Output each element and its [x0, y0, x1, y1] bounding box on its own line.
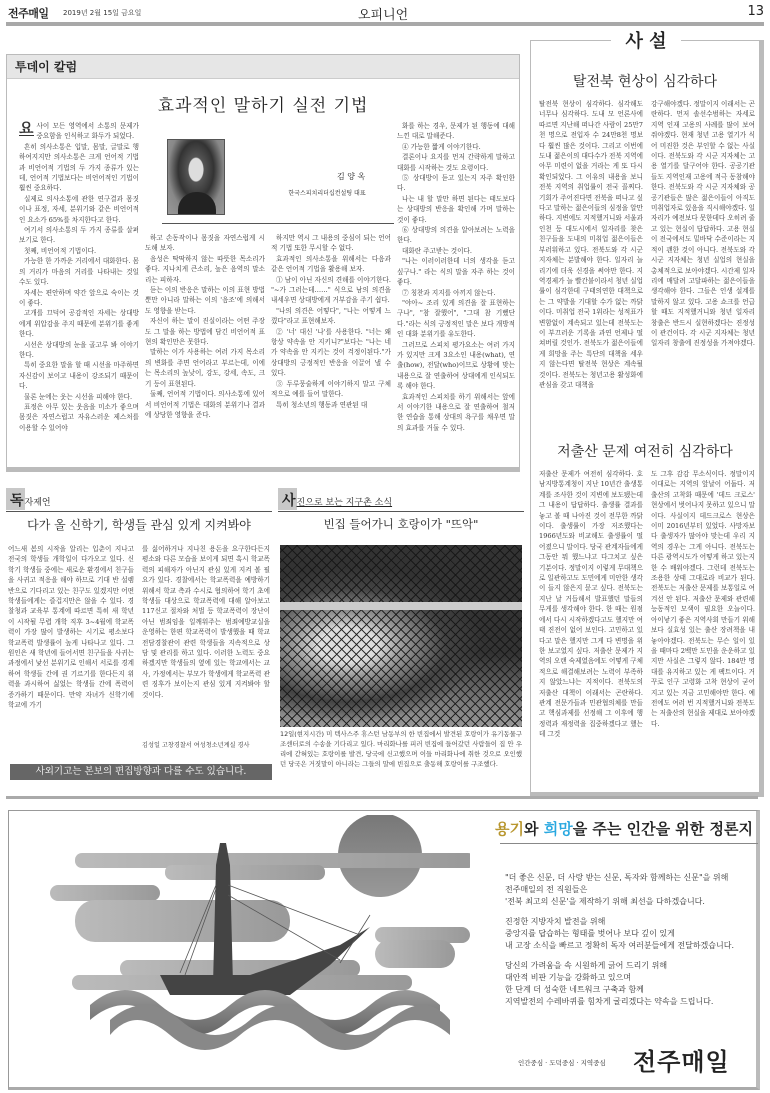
photo-news-title: 빈집 들어가니 호랑이가 "뜨악"	[278, 516, 524, 532]
ad-headline-rule	[500, 843, 758, 844]
ad-line: "더 좋은 신문, 더 사랑 받는 신문, 독자와 함께하는 신문"을 위해	[505, 872, 728, 884]
ad-line: 대안적 비판 기능을 강화하고 있으며	[505, 972, 631, 984]
editorial-2-col-1: 저출산 문제가 여전히 심각하다. 호남지방통계청이 지난 10년간 출생통계를…	[539, 469, 643, 740]
today-column: 투데이 칼럼 효과적인 말하기 실전 기법 요사이 모든 영역에서 소통의 문제…	[6, 54, 520, 472]
photo-news-label-small: 진으로 보는 지구촌 소식	[297, 498, 393, 508]
page-number: 13	[747, 4, 764, 19]
today-col-2: 하고 손동작이나 몸짓을 자연스럽게 시도해 보자. 음성은 딱딱하지 않는 따…	[145, 233, 265, 420]
photo-news-header: 사진으로 보는 지구촌 소식	[278, 488, 524, 512]
today-column-title: 효과적인 말하기 실전 기법	[7, 91, 519, 116]
ad-line: 진정한 지방자치 발전을 위해	[505, 916, 605, 928]
section-divider	[6, 796, 758, 799]
reader-opinion-col-2: 를 싫어하거나 지나친 용돈을 요구한다든지 평소와 다른 모습을 보이게 되면…	[142, 544, 270, 700]
editorial-1-col-1: 탈전북 현상이 심각하다. 심각해도 너무나 심각하다. 도내 모 언론사에 따…	[539, 99, 643, 390]
reader-opinion-header: 독자제언	[6, 488, 272, 512]
ad-headline: 용기와 희망을 주는 인간을 위한 정론지	[495, 818, 753, 839]
editorial-title-1: 탈전북 현상이 심각하다	[531, 71, 759, 91]
reader-opinion-label-small: 자제언	[25, 498, 51, 508]
today-column-label: 투데이 칼럼	[7, 55, 519, 79]
photo-news-label-big: 사	[278, 488, 297, 510]
paper-name: 전주매일	[8, 5, 49, 21]
dropcap: 요	[19, 121, 34, 136]
today-col-1: 요사이 모든 영역에서 소통의 문제가 중요함을 인식하고 화두가 되었다. 흔…	[19, 121, 139, 433]
ad-line: 전주매일의 전 직원들은	[505, 884, 587, 896]
ad-line: 한 단계 더 성숙한 네트워크 구축과 함께	[505, 984, 644, 996]
masthead: 전주매일 2019년 2월 15일 금요일 오피니언 13	[8, 4, 764, 22]
editorial-box: 사 설 탈전북 현상이 심각하다 탈전북 현상이 심각하다. 심각해도 너무나 …	[530, 40, 764, 797]
author-photo	[167, 139, 225, 215]
ad-line: 중앙지를 답습하는 형태를 벗어나 보다 깊이 있게	[505, 928, 675, 940]
section-title: 오피니언	[358, 4, 408, 23]
author-title: 한국스피치리더십컨설팅 대표	[267, 188, 387, 197]
ad-slogan: 인간중심 · 도덕중심 · 지역중심	[518, 1058, 606, 1067]
ad-line: 지역발전의 수레바퀴를 힘차게 굴리겠다는 약속을 드립니다.	[505, 996, 713, 1008]
photo-caption: 12일(현지시간) 미 텍사스주 휴스턴 남동부의 한 빈집에서 발견된 호랑이…	[280, 729, 522, 769]
reader-opinion-title: 다가 올 신학기, 학생들 관심 있게 지켜봐야	[6, 516, 272, 533]
issue-date: 2019년 2월 15일 금요일	[63, 8, 141, 18]
author-name: 김 양 옥	[337, 171, 365, 182]
disclaimer-banner: 사외기고는 본보의 편집방향과 다를 수도 있습니다.	[10, 764, 272, 780]
ad-line: 당신의 가려움을 속 시원하게 긁어 드리기 위해	[505, 960, 667, 972]
ad-line: 내 고장 소식을 빠르고 정확히 독자 여러분들에게 전달하겠습니다.	[505, 940, 734, 952]
editorial-2-col-2: 도 그후 감감 무소식이다. 정말이지 이대로는 지역의 앞날이 어둡다. 저출…	[651, 469, 755, 729]
reader-opinion-label-big: 독	[6, 488, 25, 510]
reader-opinion-author: 김성일 고창경찰서 여성청소년계실 경사	[142, 741, 272, 751]
today-col-4: 화를 하는 경우, 문제가 된 행동에 대해 느낀 대로 말해준다. ④ 가능한…	[397, 121, 515, 433]
ad-line: '전북 최고의 신문'을 제작하기 위해 최선을 다하겠습니다.	[505, 896, 705, 908]
reader-opinion-col-1: 어느새 봄의 시작을 알리는 입춘이 지나고 전국의 학생들 개학일이 다가오고…	[8, 544, 134, 711]
editorial-1-col-2: 강구해야겠다. 정말이지 이래서는 곤란하다. 먼저 솔선수범하는 자세로 지역…	[651, 99, 755, 349]
editorial-label: 사 설	[611, 27, 681, 53]
today-col-3: 하지만 역시 그 내용의 중심이 되는 언어적 기법 또한 무시할 수 없다. …	[271, 233, 391, 410]
editorial-title-2: 저출산 문제 여전히 심각하다	[531, 441, 759, 461]
ship-illustration	[30, 815, 470, 1055]
masthead-rule	[6, 22, 764, 26]
tiger-photo	[280, 545, 522, 727]
newspaper-logo: 전주매일	[633, 1042, 730, 1077]
author-divider	[162, 223, 394, 224]
